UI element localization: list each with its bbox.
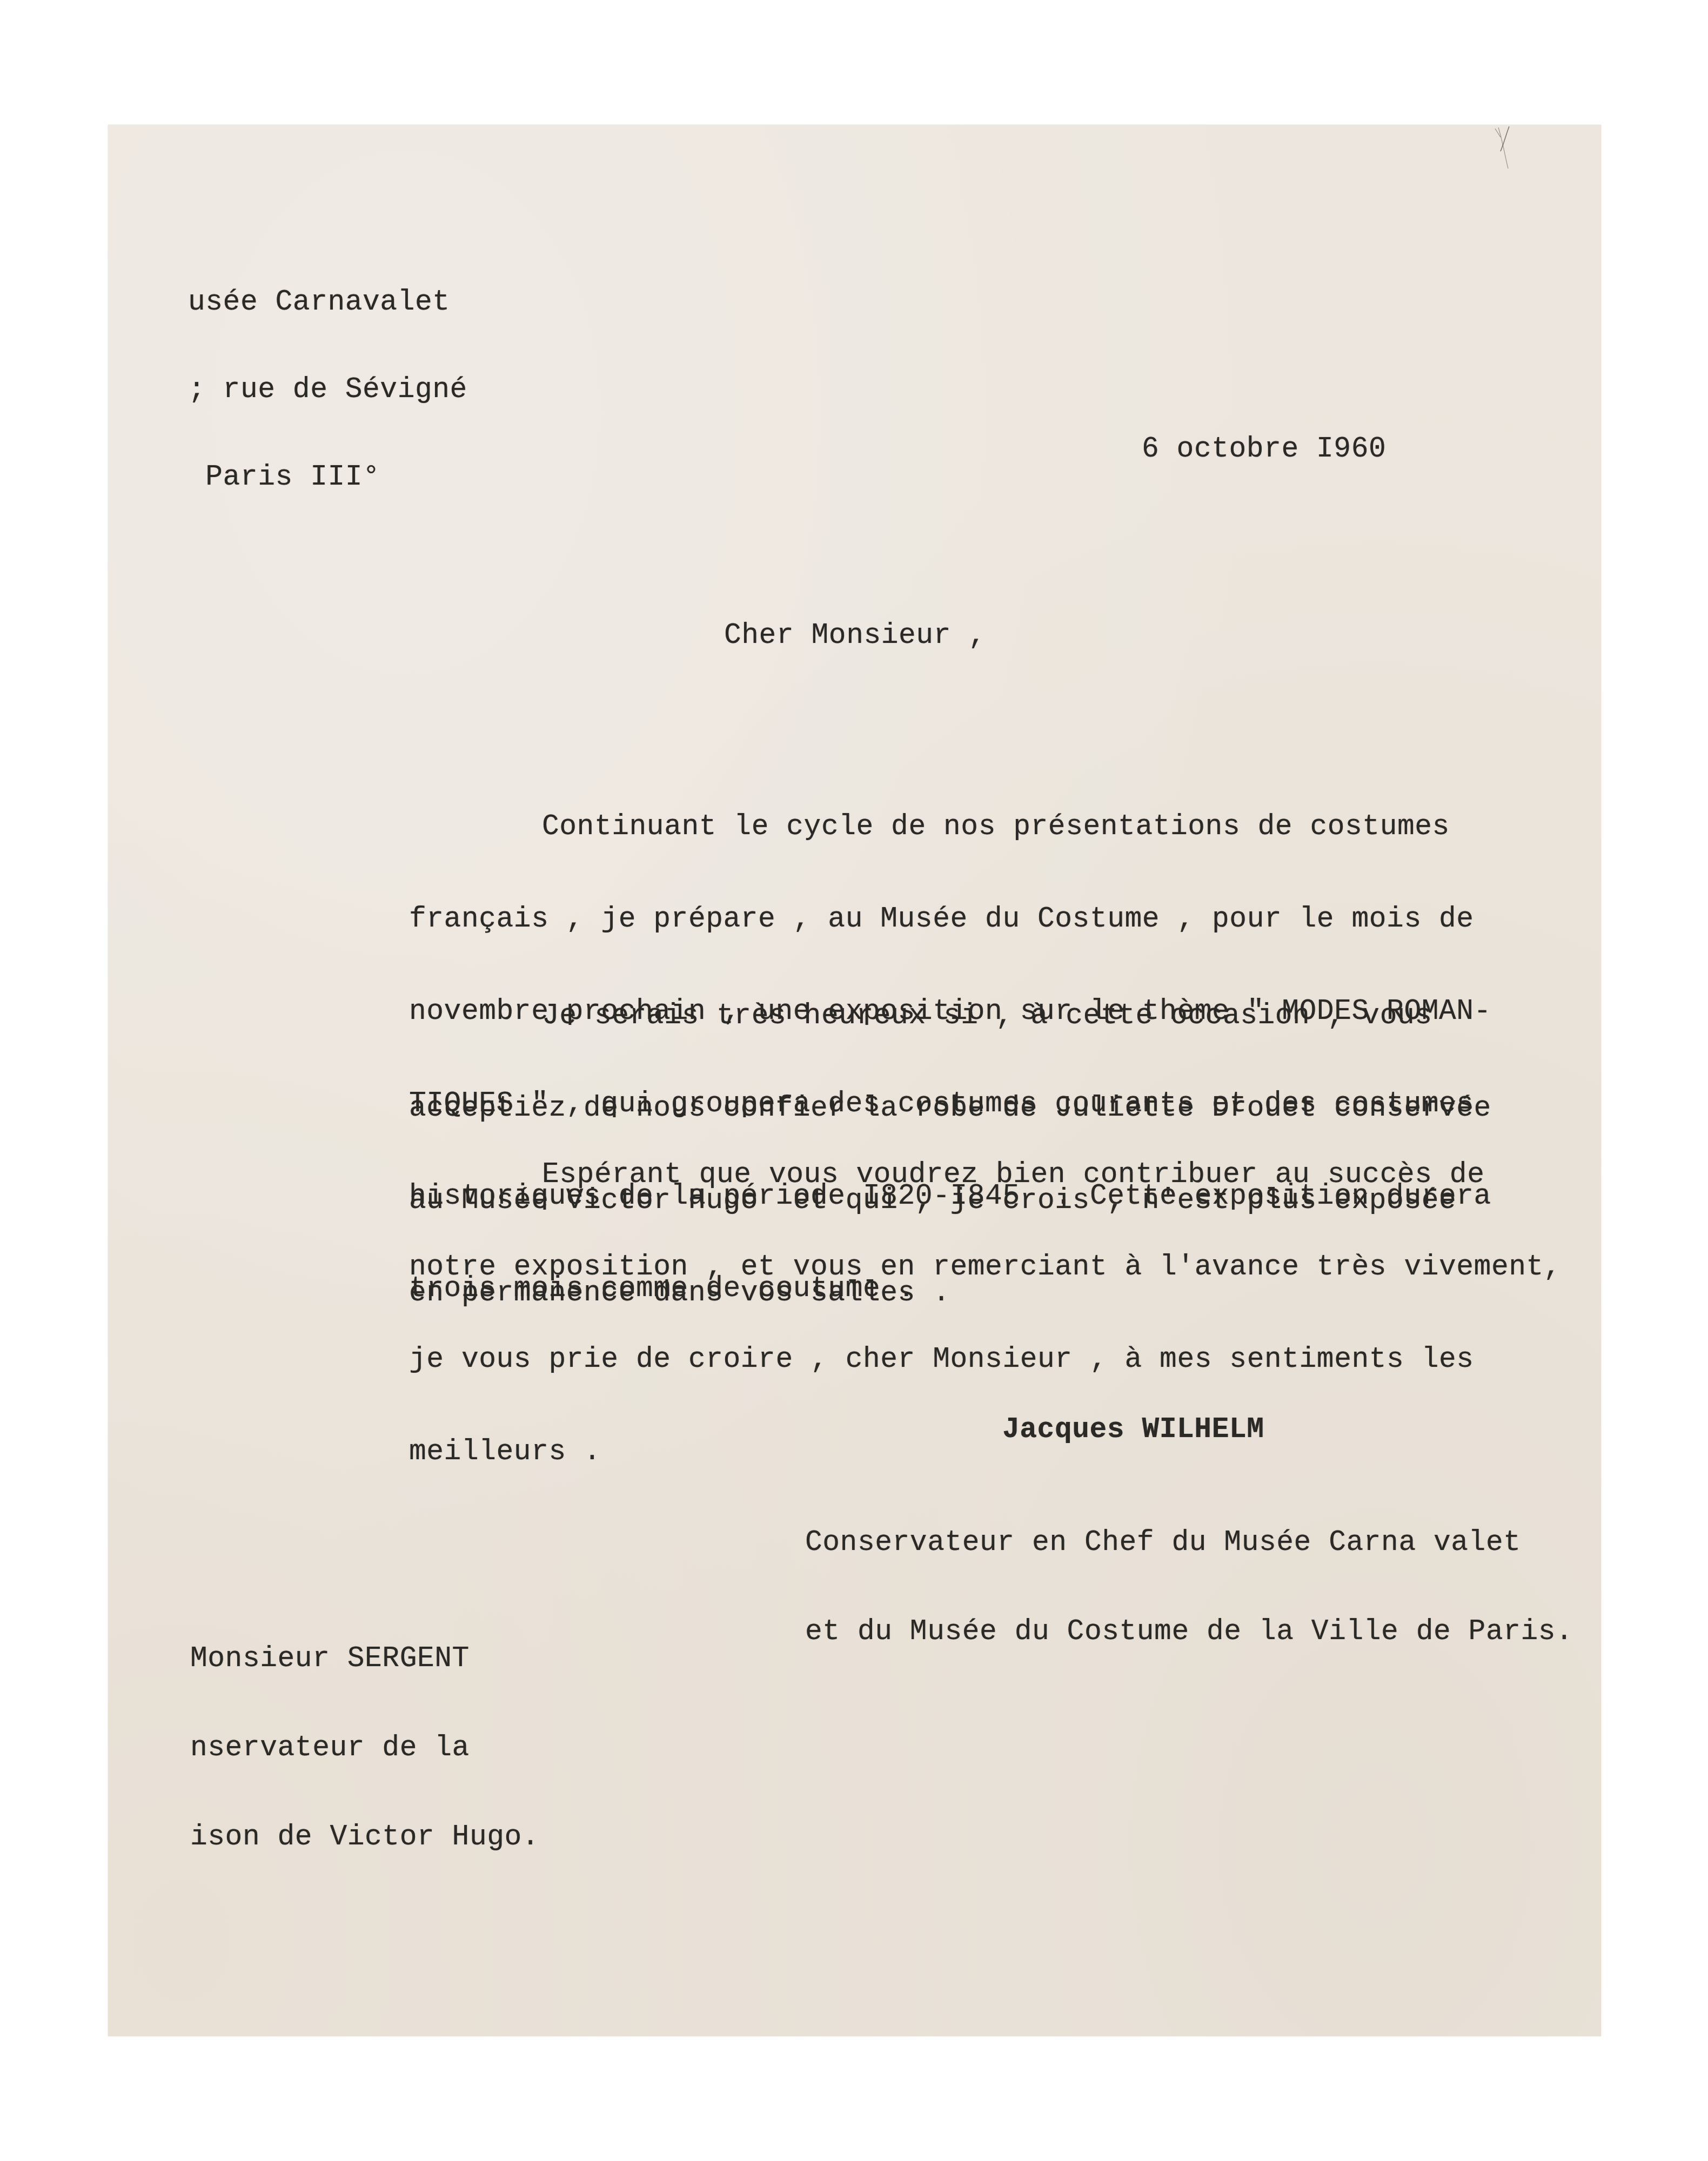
paragraph-line: je vous prie de croire , cher Monsieur ,… <box>409 1344 1560 1375</box>
body-paragraph-3: Espérant que vous voudrez bien contribue… <box>409 1098 1560 1498</box>
paragraph-line: meilleurs . <box>409 1437 1560 1467</box>
letter-date: 6 octobre I960 <box>1142 434 1386 465</box>
paragraph-line: Je serais très heureux si , à cette occa… <box>409 1001 1560 1031</box>
paragraph-line: Continuant le cycle de nos présentations… <box>409 811 1560 842</box>
signature-title-line: Conservateur en Chef du Musée Carna vale… <box>805 1528 1573 1558</box>
recipient-line: Monsieur SERGENT <box>190 1644 539 1674</box>
recipient-line: nservateur de la <box>190 1733 539 1763</box>
ink-mark-icon <box>1494 125 1526 201</box>
recipient-block: Monsieur SERGENT nservateur de la ison d… <box>190 1585 539 1882</box>
signature-title-line: et du Musée du Costume de la Ville de Pa… <box>805 1617 1573 1647</box>
address-line: ; rue de Sévigné <box>188 375 467 404</box>
address-line: usée Carnavalet <box>188 287 467 317</box>
recipient-line: ison de Victor Hugo. <box>190 1822 539 1852</box>
signature-name: Jacques WILHELM <box>1002 1414 1264 1445</box>
paragraph-line: notre exposition , et vous en remerciant… <box>409 1252 1560 1283</box>
paragraph-line: français , je prépare , au Musée du Cost… <box>409 904 1560 935</box>
address-line: Paris III° <box>188 462 467 492</box>
signature-title: Conservateur en Chef du Musée Carna vale… <box>805 1468 1573 1676</box>
paragraph-line: Espérant que vous voudrez bien contribue… <box>409 1159 1560 1190</box>
sender-address: usée Carnavalet ; rue de Sévigné Paris I… <box>188 229 467 521</box>
salutation: Cher Monsieur , <box>724 620 986 651</box>
